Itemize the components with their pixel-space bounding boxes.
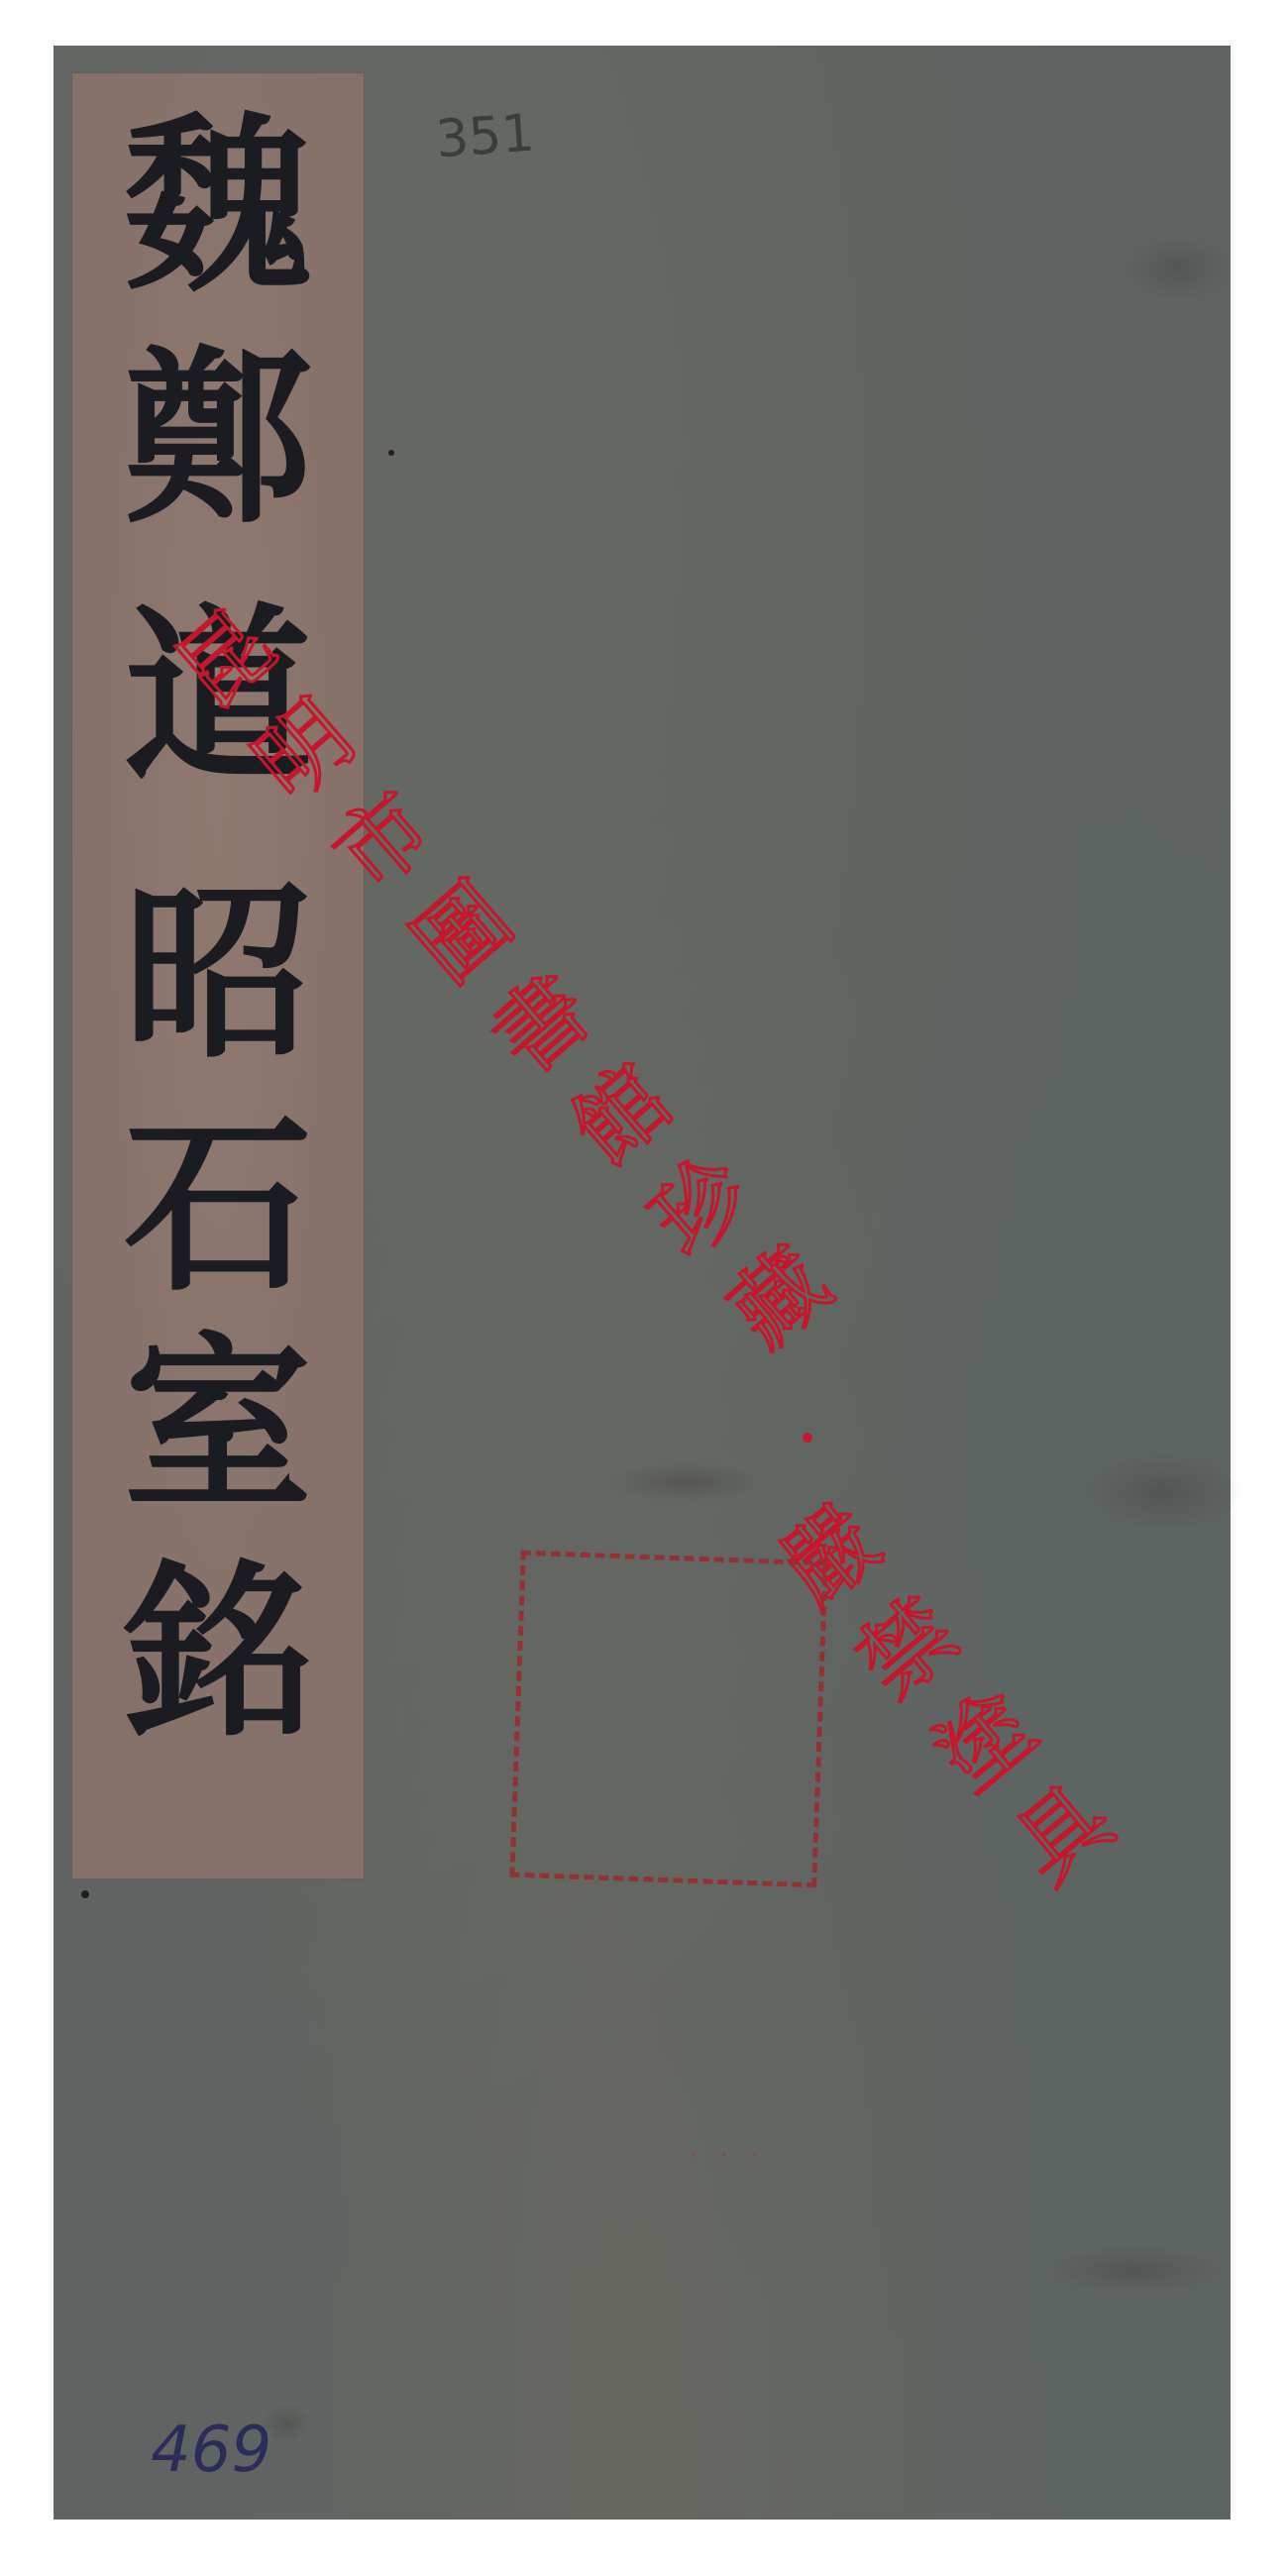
paper-stain	[1044, 2245, 1223, 2295]
seal-char: 館	[558, 1051, 687, 1180]
title-char-5: 石	[71, 1113, 365, 1301]
seal-cell	[669, 1560, 822, 1724]
seal-cell	[515, 1714, 669, 1878]
seal-char: 圖	[399, 869, 528, 998]
title-char-1: 魏	[71, 112, 365, 300]
square-collector-seal	[509, 1551, 827, 1888]
red-dot-mark	[803, 1433, 812, 1443]
ink-speck	[388, 450, 394, 456]
warning-seal-inscription: 嚴禁塗具	[767, 1492, 1147, 1921]
seal-cell	[520, 1556, 674, 1719]
title-label-strip: 魏 鄭 道 昭 石 室 銘	[71, 72, 365, 1879]
seal-char: 藏	[716, 1234, 845, 1363]
seal-char: 具	[1000, 1770, 1128, 1898]
cover-paper: 魏 鄭 道 昭 石 室 銘 351 昆明市圖書館珍藏 嚴禁塗具 · · · 46…	[54, 46, 1231, 2520]
seal-char: 珍	[637, 1143, 766, 1272]
seal-cell	[663, 1719, 816, 1882]
title-char-6: 室	[71, 1331, 365, 1519]
paper-stain	[608, 1462, 767, 1502]
title-char-7: 銘	[71, 1558, 365, 1747]
seal-char: 書	[479, 960, 607, 1089]
ink-speck	[81, 1890, 89, 1898]
ink-catalog-number: 469	[151, 2414, 271, 2487]
title-char-4: 昭	[71, 880, 365, 1068]
pencil-catalog-number: 351	[434, 104, 536, 170]
seal-char: 塗	[921, 1677, 1050, 1806]
paper-stain	[1124, 234, 1233, 303]
faint-purple-stamp: · · ·	[689, 2138, 766, 2173]
paper-stain	[262, 2404, 311, 2443]
seal-char: 禁	[844, 1584, 973, 1713]
title-char-2: 鄭	[71, 345, 365, 533]
paper-stain	[1084, 1452, 1242, 1532]
